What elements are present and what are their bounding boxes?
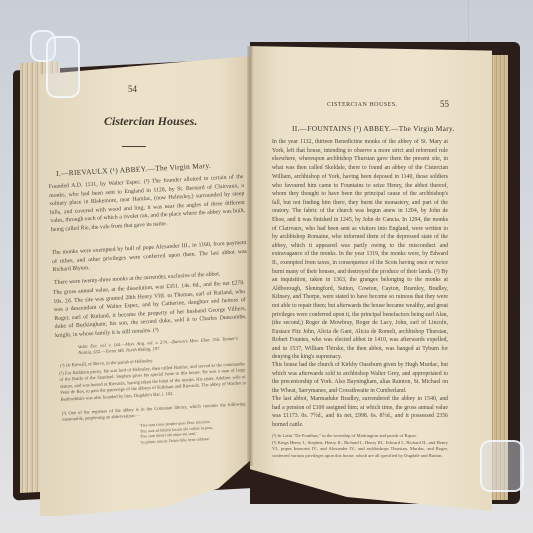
paragraph: William, archbishop of York, having been… [272, 173, 448, 336]
paragraph: The last abbot, Marmaduke Bradley, surre… [272, 395, 448, 429]
left-page: 54 Cistercian Houses. I.—RIEVAULX (¹) AB… [40, 56, 250, 516]
page-clip-icon [46, 36, 80, 98]
footnote: (¹) In Latin "De Fontibus," in the towns… [272, 433, 448, 439]
chapter-heading: Cistercian Houses. [104, 114, 197, 129]
page-clip-icon [480, 440, 524, 492]
footnote: (²) Kings Henry I., Stephen, Henry II., … [272, 440, 448, 459]
heading-rule [122, 146, 146, 147]
right-page-block-edge [490, 55, 508, 500]
paragraph: Robert Fountes, who was elected abbot in… [272, 336, 448, 361]
paragraph: This house had the church of Kirkby Ouse… [272, 361, 448, 395]
right-page: CISTERCIAN HOUSES. 55 II.—FOUNTAINS (¹) … [250, 46, 492, 511]
paragraph: In the year 1132, thirteen Benedictine m… [272, 138, 448, 172]
left-page-number: 54 [128, 84, 137, 94]
verse: 'Tres sunt casus propter quos Deus irasc… [139, 417, 240, 444]
paragraph: The gross annual value, at the dissoluti… [53, 279, 247, 341]
book-gutter [247, 46, 253, 466]
paragraph: Founded A.D. 1131, by Walter Espec. (²) … [49, 173, 247, 245]
section-title-fountains: II.—FOUNTAINS (¹) ABBEY.—The Virgin Mary… [292, 124, 455, 133]
right-page-number: 55 [440, 99, 449, 109]
running-head: CISTERCIAN HOUSES. [327, 102, 398, 108]
